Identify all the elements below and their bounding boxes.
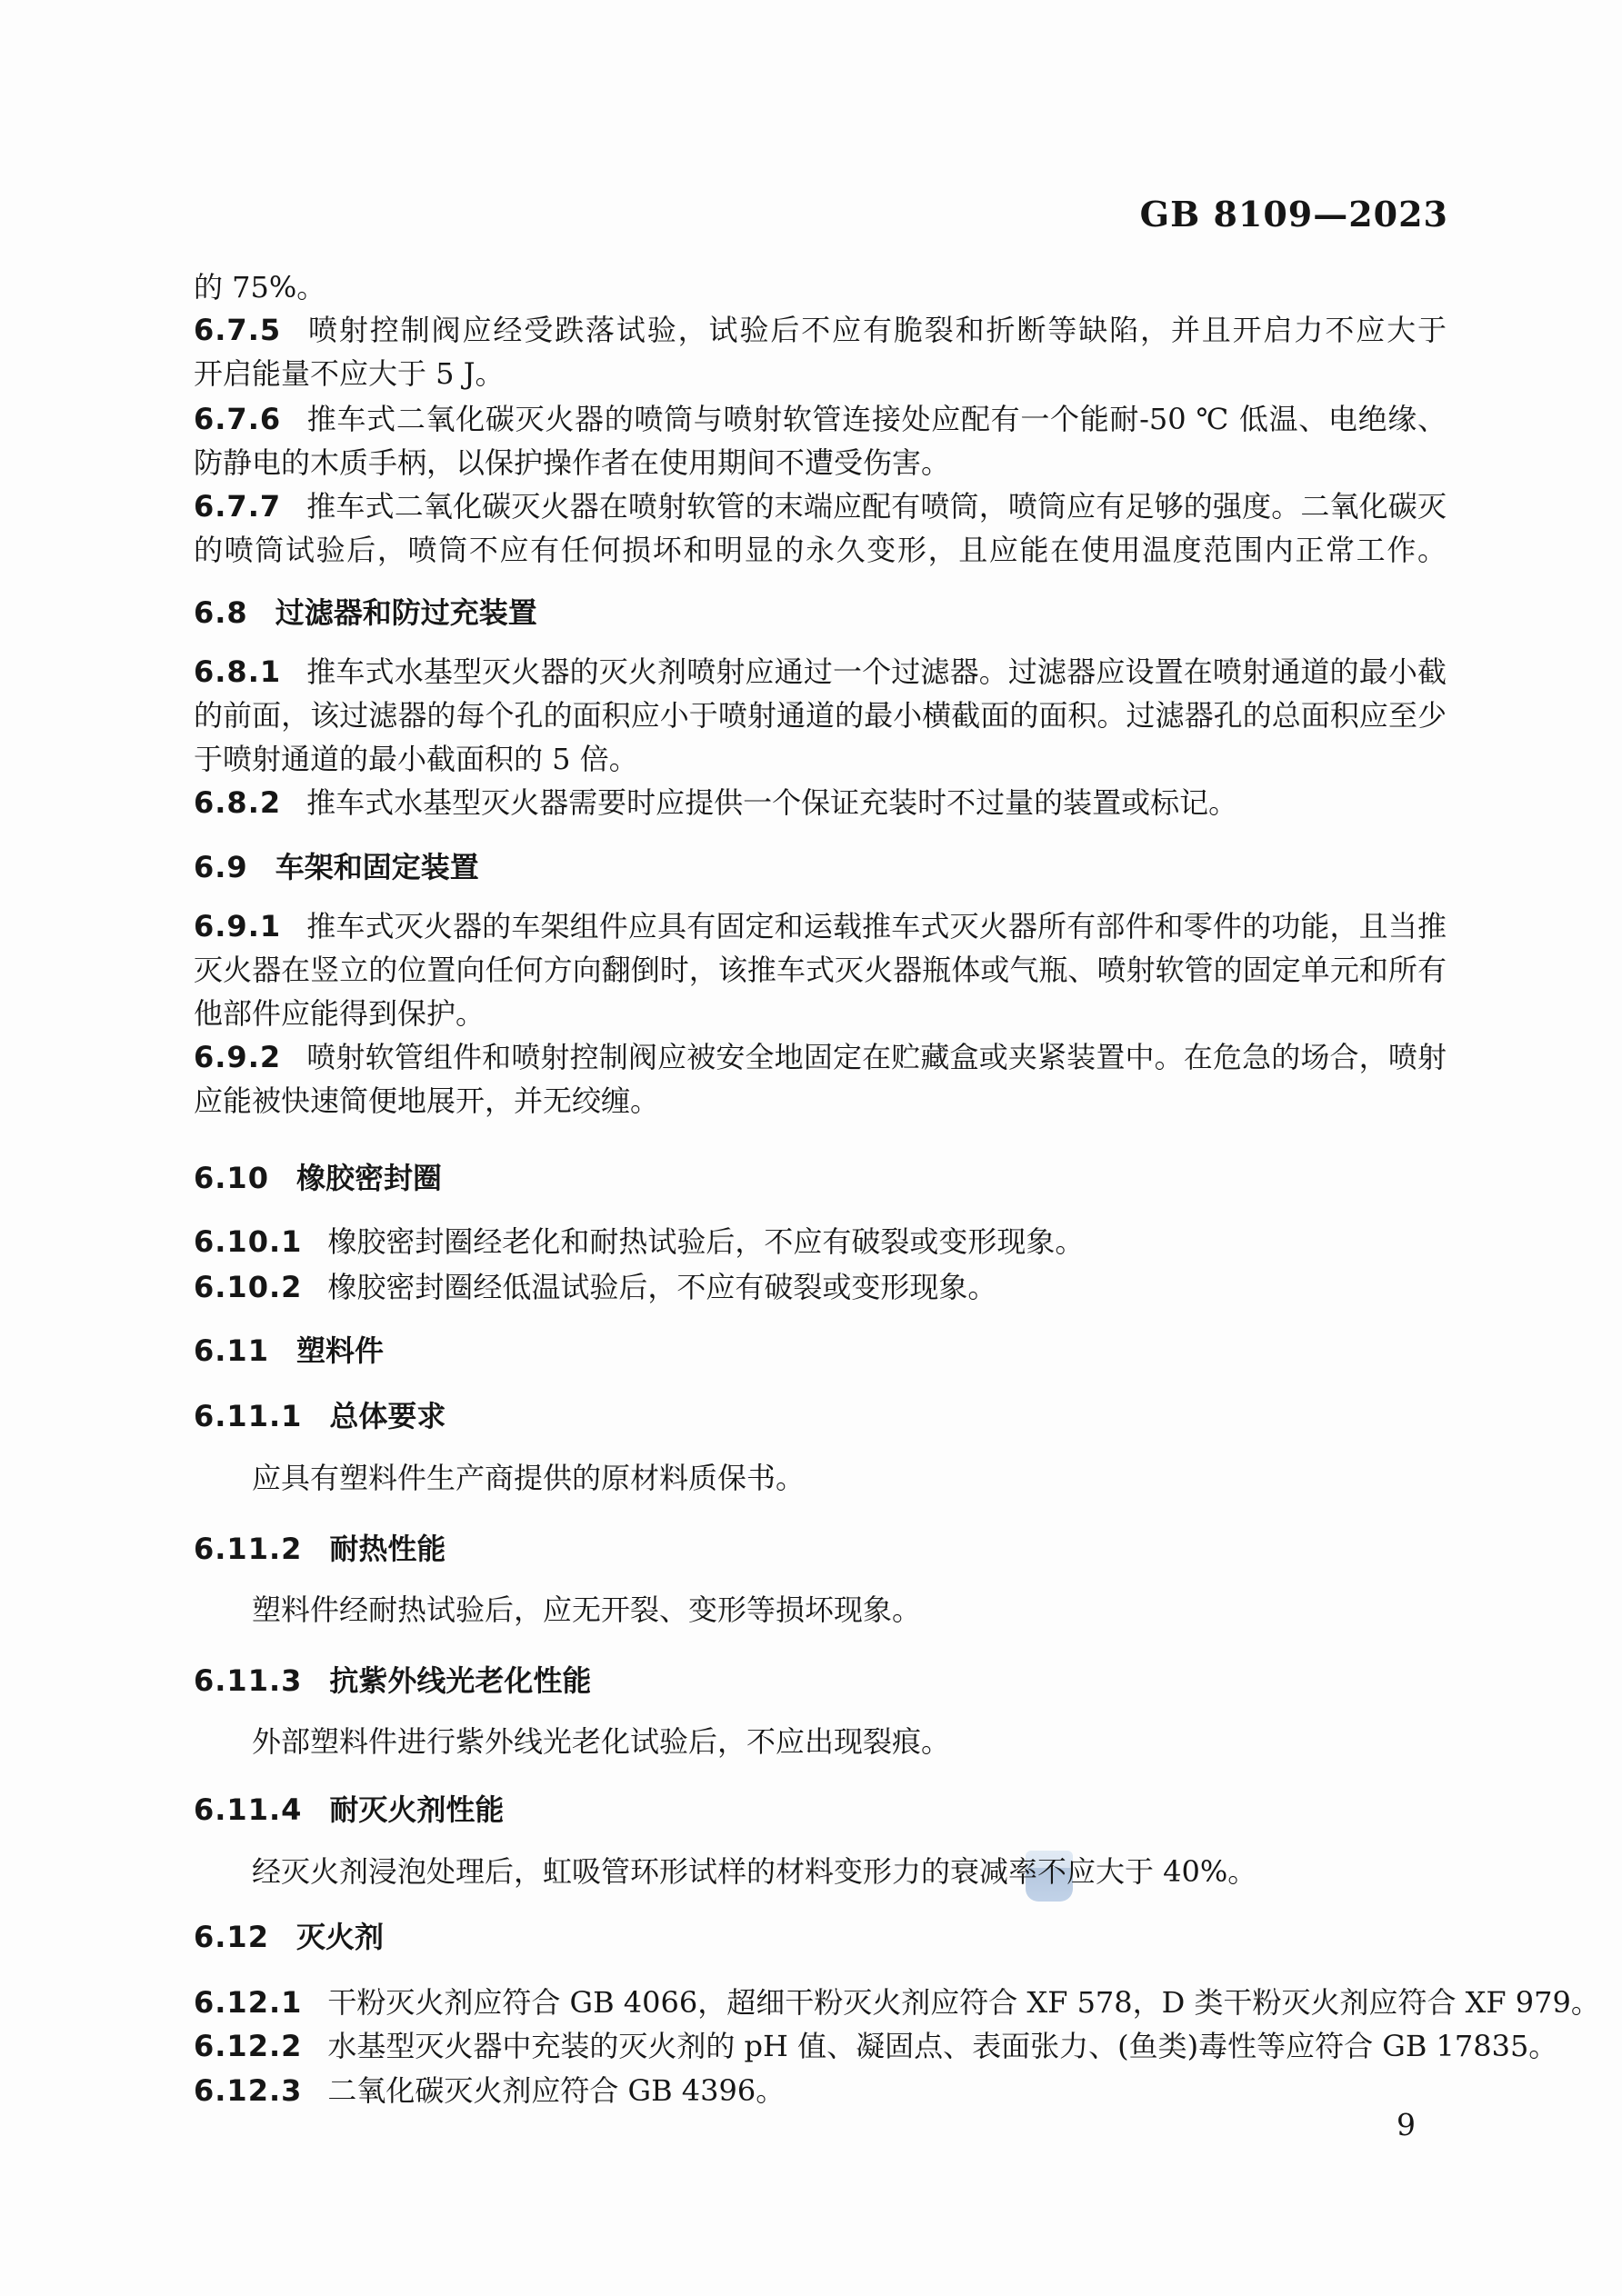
body-line: 6.12.1干粉灭火剂应符合 GB 4066，超细干粉灭火剂应符合 XF 578… [194, 1981, 1447, 2024]
heading-line: 6.12灭火剂 [194, 1915, 1447, 1959]
heading-number: 6.12 [194, 1920, 269, 1954]
clause-text: 干粉灭火剂应符合 GB 4066，超细干粉灭火剂应符合 XF 578，D 类干粉… [327, 1985, 1600, 2020]
paragraph-6-11-3: 外部塑料件进行紫外线光老化试验后，不应出现裂痕。 [194, 1720, 1447, 1763]
clause-6-7-7: 6.7.7推车式二氧化碳灭火器在喷射软管的末端应配有喷筒，喷筒应有足够的强度。二… [194, 484, 1447, 572]
heading-line: 6.8过滤器和防过充装置 [194, 591, 1447, 634]
clause-6-9-1: 6.9.1推车式灭火器的车架组件应具有固定和运载推车式灭火器所有部件和零件的功能… [194, 904, 1447, 1035]
heading-number: 6.8 [194, 595, 248, 630]
heading-line: 6.11.1总体要求 [194, 1394, 1447, 1438]
standard-number: GB 8109—2023 [1140, 193, 1448, 236]
body-line: 经灭火剂浸泡处理后，虹吸管环形试样的材料变形力的衰减率不应大于 40%。 [194, 1850, 1447, 1893]
clause-6-8-1: 6.8.1推车式水基型灭火器的灭火剂喷射应通过一个过滤器。过滤器应设置在喷射通道… [194, 650, 1447, 781]
section-heading-6-9: 6.9车架和固定装置 [194, 845, 1447, 889]
clause-text: 橡胶密封圈经老化和耐热试验后，不应有破裂或变形现象。 [327, 1224, 1084, 1259]
body-line: 6.9.2喷射软管组件和喷射控制阀应被安全地固定在贮藏盒或夹紧装置中。在危急的场… [194, 1035, 1447, 1079]
heading-number: 6.10 [194, 1161, 269, 1195]
body-line: 外部塑料件进行紫外线光老化试验后，不应出现裂痕。 [194, 1720, 1447, 1763]
body-line: 6.12.2水基型灭火器中充装的灭火剂的 pH 值、凝固点、表面张力、(鱼类)毒… [194, 2024, 1447, 2068]
clause-text: 推车式二氧化碳灭火器的喷筒与喷射软管连接处应配有一个能耐-50 ℃ 低温、电绝缘… [194, 402, 1447, 441]
clause-number: 6.12.2 [194, 2029, 302, 2063]
heading-number: 6.11.3 [194, 1663, 302, 1698]
body-line: 的 75%。 [194, 265, 1447, 309]
paragraph-6-11-1: 应具有塑料件生产商提供的原材料质保书。 [194, 1456, 1447, 1500]
clause-6-12-3: 6.12.3二氧化碳灭火剂应符合 GB 4396。 [194, 2069, 1447, 2112]
clause-text: 喷射控制阀应经受跌落试验，试验后不应有脆裂和折断等缺陷，并且开启力不应大于 30… [194, 313, 1447, 352]
body-line: 6.8.1推车式水基型灭火器的灭火剂喷射应通过一个过滤器。过滤器应设置在喷射通道… [194, 650, 1447, 694]
heading-title: 塑料件 [296, 1333, 384, 1368]
clause-6-10-1: 6.10.1橡胶密封圈经老化和耐热试验后，不应有破裂或变形现象。 [194, 1220, 1447, 1263]
clause-text: 水基型灭火器中充装的灭火剂的 pH 值、凝固点、表面张力、(鱼类)毒性等应符合 … [327, 2029, 1557, 2063]
clause-6-10-2: 6.10.2橡胶密封圈经低温试验后，不应有破裂或变形现象。 [194, 1265, 1447, 1309]
heading-title: 过滤器和防过充装置 [275, 595, 537, 630]
body-line: 应能被快速简便地展开，并无绞缠。 [194, 1079, 1447, 1123]
heading-line: 6.11.4耐灭火剂性能 [194, 1788, 1447, 1832]
body-line: 防静电的木质手柄，以保护操作者在使用期间不遭受伤害。 [194, 441, 1447, 484]
paragraph-continuation: 的 75%。 [194, 265, 1447, 309]
subsection-heading-6-11-4: 6.11.4耐灭火剂性能 [194, 1788, 1447, 1832]
page-number: 9 [1397, 2103, 1416, 2147]
heading-title: 耐热性能 [329, 1532, 446, 1566]
heading-number: 6.11.1 [194, 1399, 302, 1433]
body-line: 6.12.3二氧化碳灭火剂应符合 GB 4396。 [194, 2069, 1447, 2112]
body-line: 开启能量不应大于 5 J。 [194, 352, 1447, 395]
clause-number: 6.8.1 [194, 654, 281, 689]
subsection-heading-6-11-2: 6.11.2耐热性能 [194, 1527, 1447, 1571]
body-line: 6.8.2推车式水基型灭火器需要时应提供一个保证充装时不过量的装置或标记。 [194, 781, 1447, 824]
body-line: 塑料件经耐热试验后，应无开裂、变形等损坏现象。 [194, 1588, 1447, 1632]
paragraph-6-11-4: 经灭火剂浸泡处理后，虹吸管环形试样的材料变形力的衰减率不应大于 40%。 [194, 1850, 1447, 1893]
clause-text: 二氧化碳灭火剂应符合 GB 4396。 [327, 2073, 785, 2108]
heading-title: 橡胶密封圈 [296, 1161, 442, 1195]
clause-text: 喷射软管组件和喷射控制阀应被安全地固定在贮藏盒或夹紧装置中。在危急的场合，喷射软… [194, 1040, 1447, 1079]
clause-6-12-2: 6.12.2水基型灭火器中充装的灭火剂的 pH 值、凝固点、表面张力、(鱼类)毒… [194, 2024, 1447, 2068]
body-line: 6.7.7推车式二氧化碳灭火器在喷射软管的末端应配有喷筒，喷筒应有足够的强度。二… [194, 484, 1447, 528]
body-line: 6.9.1推车式灭火器的车架组件应具有固定和运载推车式灭火器所有部件和零件的功能… [194, 904, 1447, 948]
clause-number: 6.10.2 [194, 1270, 302, 1304]
clause-number: 6.8.2 [194, 785, 281, 820]
heading-title: 耐灭火剂性能 [329, 1792, 504, 1827]
heading-line: 6.11.2耐热性能 [194, 1527, 1447, 1571]
body-line: 灭火器在竖立的位置向任何方向翻倒时，该推车式灭火器瓶体或气瓶、喷射软管的固定单元… [194, 948, 1447, 992]
document-page: GB 8109—2023 的 75%。 6.7.5喷射控制阀应经受跌落试验，试验… [0, 0, 1622, 2296]
paragraph-6-11-2: 塑料件经耐热试验后，应无开裂、变形等损坏现象。 [194, 1588, 1447, 1632]
clause-number: 6.7.7 [194, 489, 281, 524]
section-heading-6-8: 6.8过滤器和防过充装置 [194, 591, 1447, 634]
clause-number: 6.10.1 [194, 1224, 302, 1259]
section-heading-6-11: 6.11塑料件 [194, 1329, 1447, 1373]
clause-number: 6.12.1 [194, 1985, 302, 2020]
clause-text: 推车式水基型灭火器需要时应提供一个保证充装时不过量的装置或标记。 [306, 785, 1237, 820]
body-line: 的喷筒试验后，喷筒不应有任何损坏和明显的永久变形，且应能在使用温度范围内正常工作… [194, 528, 1447, 572]
heading-title: 车架和固定装置 [275, 850, 479, 884]
heading-line: 6.10橡胶密封圈 [194, 1156, 1447, 1200]
heading-number: 6.11.4 [194, 1792, 302, 1827]
clause-text: 推车式水基型灭火器的灭火剂喷射应通过一个过滤器。过滤器应设置在喷射通道的最小截面 [194, 654, 1447, 694]
section-heading-6-12: 6.12灭火剂 [194, 1915, 1447, 1959]
heading-title: 总体要求 [329, 1399, 446, 1433]
clause-text: 推车式灭火器的车架组件应具有固定和运载推车式灭火器所有部件和零件的功能，且当推车… [194, 909, 1447, 948]
body-line: 的前面，该过滤器的每个孔的面积应小于喷射通道的最小横截面的面积。过滤器孔的总面积… [194, 694, 1447, 737]
heading-line: 6.11塑料件 [194, 1329, 1447, 1373]
subsection-heading-6-11-1: 6.11.1总体要求 [194, 1394, 1447, 1438]
clause-6-7-5: 6.7.5喷射控制阀应经受跌落试验，试验后不应有脆裂和折断等缺陷，并且开启力不应… [194, 308, 1447, 395]
heading-number: 6.11 [194, 1333, 269, 1368]
heading-number: 6.9 [194, 850, 248, 884]
body-line: 他部件应能得到保护。 [194, 992, 1447, 1035]
clause-text: 橡胶密封圈经低温试验后，不应有破裂或变形现象。 [327, 1270, 996, 1304]
body-line: 于喷射通道的最小截面积的 5 倍。 [194, 737, 1447, 781]
body-line: 6.7.5喷射控制阀应经受跌落试验，试验后不应有脆裂和折断等缺陷，并且开启力不应… [194, 308, 1447, 352]
heading-number: 6.11.2 [194, 1532, 302, 1566]
clause-number: 6.7.5 [194, 313, 281, 347]
body-line: 6.7.6推车式二氧化碳灭火器的喷筒与喷射软管连接处应配有一个能耐-50 ℃ 低… [194, 397, 1447, 441]
clause-6-12-1: 6.12.1干粉灭火剂应符合 GB 4066，超细干粉灭火剂应符合 XF 578… [194, 1981, 1447, 2024]
body-line: 6.10.1橡胶密封圈经老化和耐热试验后，不应有破裂或变形现象。 [194, 1220, 1447, 1263]
clause-6-7-6: 6.7.6推车式二氧化碳灭火器的喷筒与喷射软管连接处应配有一个能耐-50 ℃ 低… [194, 397, 1447, 484]
clause-number: 6.12.3 [194, 2073, 302, 2108]
heading-line: 6.11.3抗紫外线光老化性能 [194, 1659, 1447, 1702]
section-heading-6-10: 6.10橡胶密封圈 [194, 1156, 1447, 1200]
heading-line: 6.9车架和固定装置 [194, 845, 1447, 889]
clause-number: 6.9.1 [194, 909, 281, 943]
heading-title: 抗紫外线光老化性能 [329, 1663, 591, 1698]
clause-text: 推车式二氧化碳灭火器在喷射软管的末端应配有喷筒，喷筒应有足够的强度。二氧化碳灭火… [194, 489, 1447, 528]
clause-6-9-2: 6.9.2喷射软管组件和喷射控制阀应被安全地固定在贮藏盒或夹紧装置中。在危急的场… [194, 1035, 1447, 1123]
clause-number: 6.7.6 [194, 402, 281, 436]
clause-number: 6.9.2 [194, 1040, 281, 1074]
body-line: 应具有塑料件生产商提供的原材料质保书。 [194, 1456, 1447, 1500]
body-line: 6.10.2橡胶密封圈经低温试验后，不应有破裂或变形现象。 [194, 1265, 1447, 1309]
heading-title: 灭火剂 [296, 1920, 384, 1954]
clause-6-8-2: 6.8.2推车式水基型灭火器需要时应提供一个保证充装时不过量的装置或标记。 [194, 781, 1447, 824]
subsection-heading-6-11-3: 6.11.3抗紫外线光老化性能 [194, 1659, 1447, 1702]
